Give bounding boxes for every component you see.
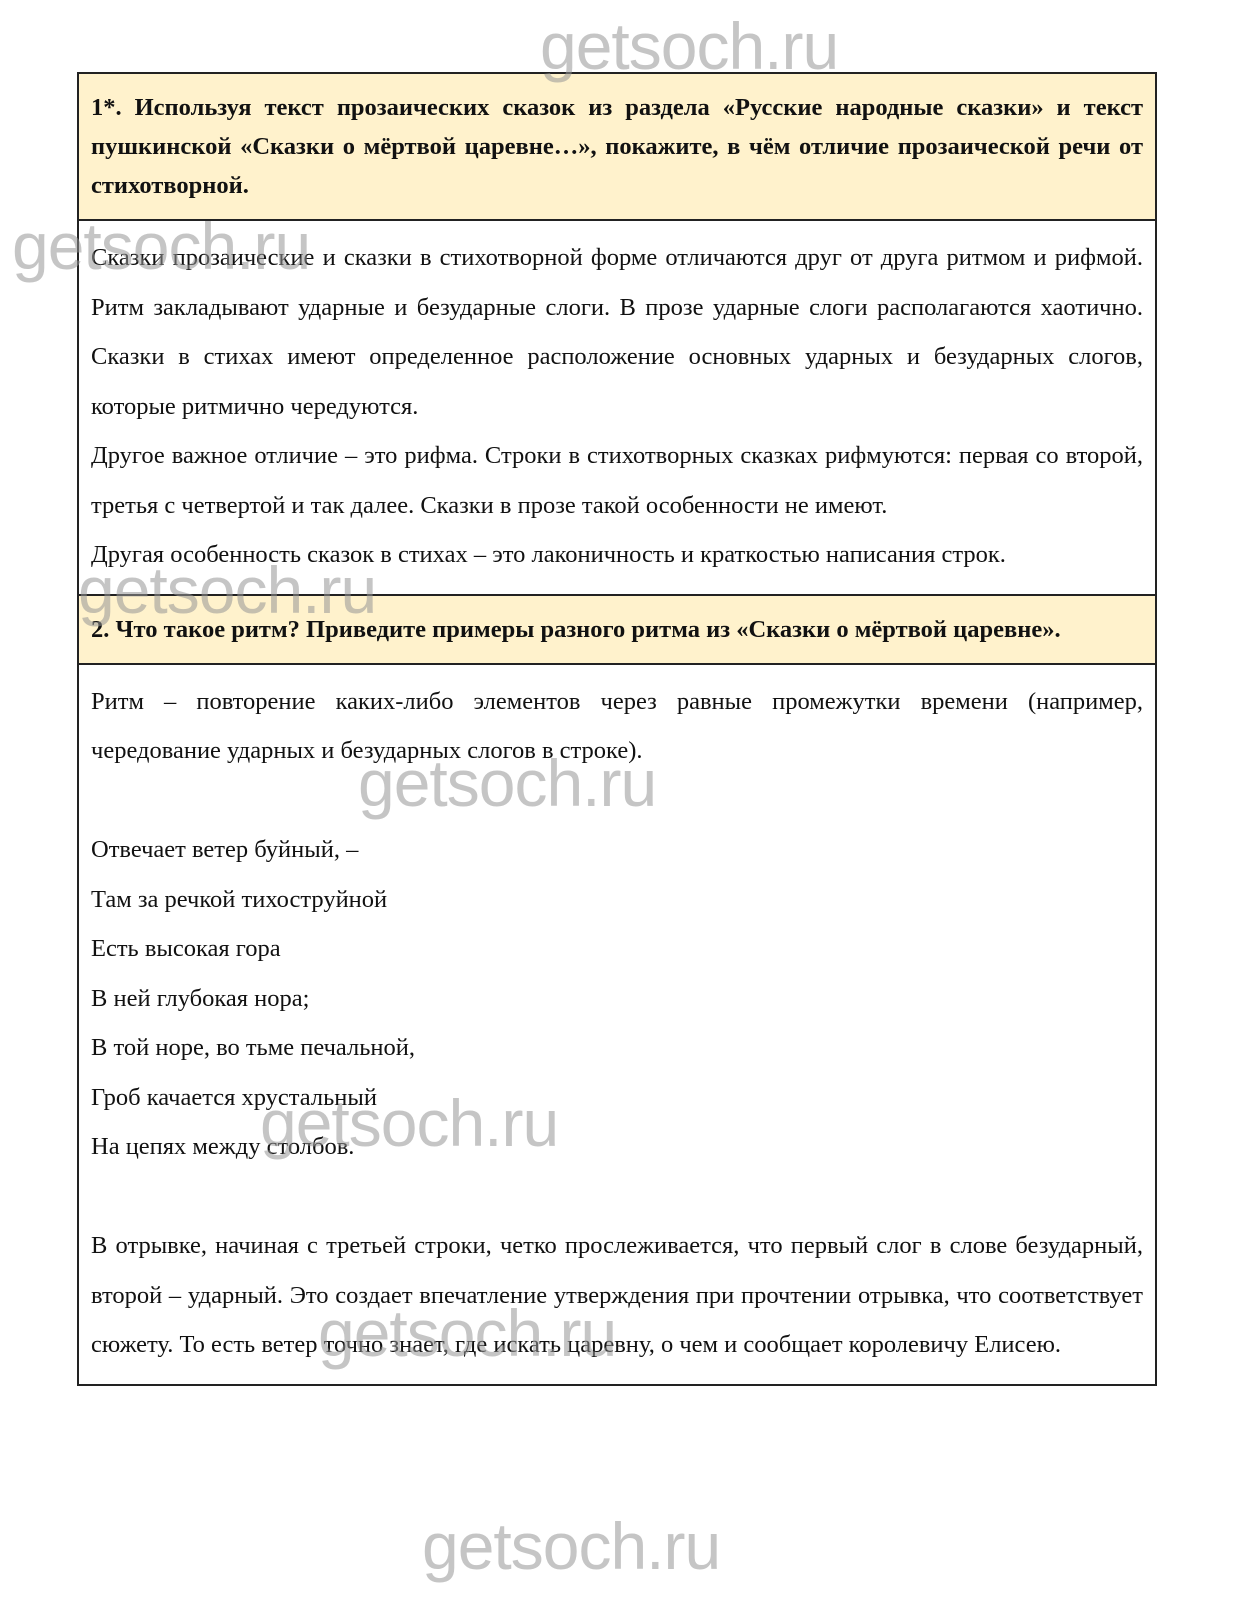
question-2-answer: Ритм – повторение каких-либо элементов ч… [79,665,1155,1384]
poem-line: В той норе, во тьме печальной, [91,1023,1143,1073]
question-1-header: 1*. Используя текст прозаических сказок … [79,74,1155,221]
answer-table: 1*. Используя текст прозаических сказок … [77,72,1157,1386]
answer-paragraph: Другая особенность сказок в стихах – это… [91,530,1143,580]
poem-analysis: В отрывке, начиная с третьей строки, чет… [91,1221,1143,1370]
rhythm-definition: Ритм – повторение каких-либо элементов ч… [91,677,1143,776]
poem-line: Там за речкой тихоструйной [91,875,1143,925]
watermark: getsoch.ru [422,1508,720,1584]
poem-line: На цепях между столбов. [91,1122,1143,1172]
answer-paragraph: Сказки прозаические и сказки в стихотвор… [91,233,1143,431]
spacer [91,1172,1143,1222]
question-1-answer: Сказки прозаические и сказки в стихотвор… [79,221,1155,596]
poem-line: Гроб качается хрустальный [91,1073,1143,1123]
spacer [91,776,1143,826]
answer-paragraph: Другое важное отличие – это рифма. Строк… [91,431,1143,530]
poem-line: Отвечает ветер буйный, – [91,825,1143,875]
poem-line: Есть высокая гора [91,924,1143,974]
poem-line: В ней глубокая нора; [91,974,1143,1024]
question-2-header: 2. Что такое ритм? Приведите примеры раз… [79,596,1155,665]
